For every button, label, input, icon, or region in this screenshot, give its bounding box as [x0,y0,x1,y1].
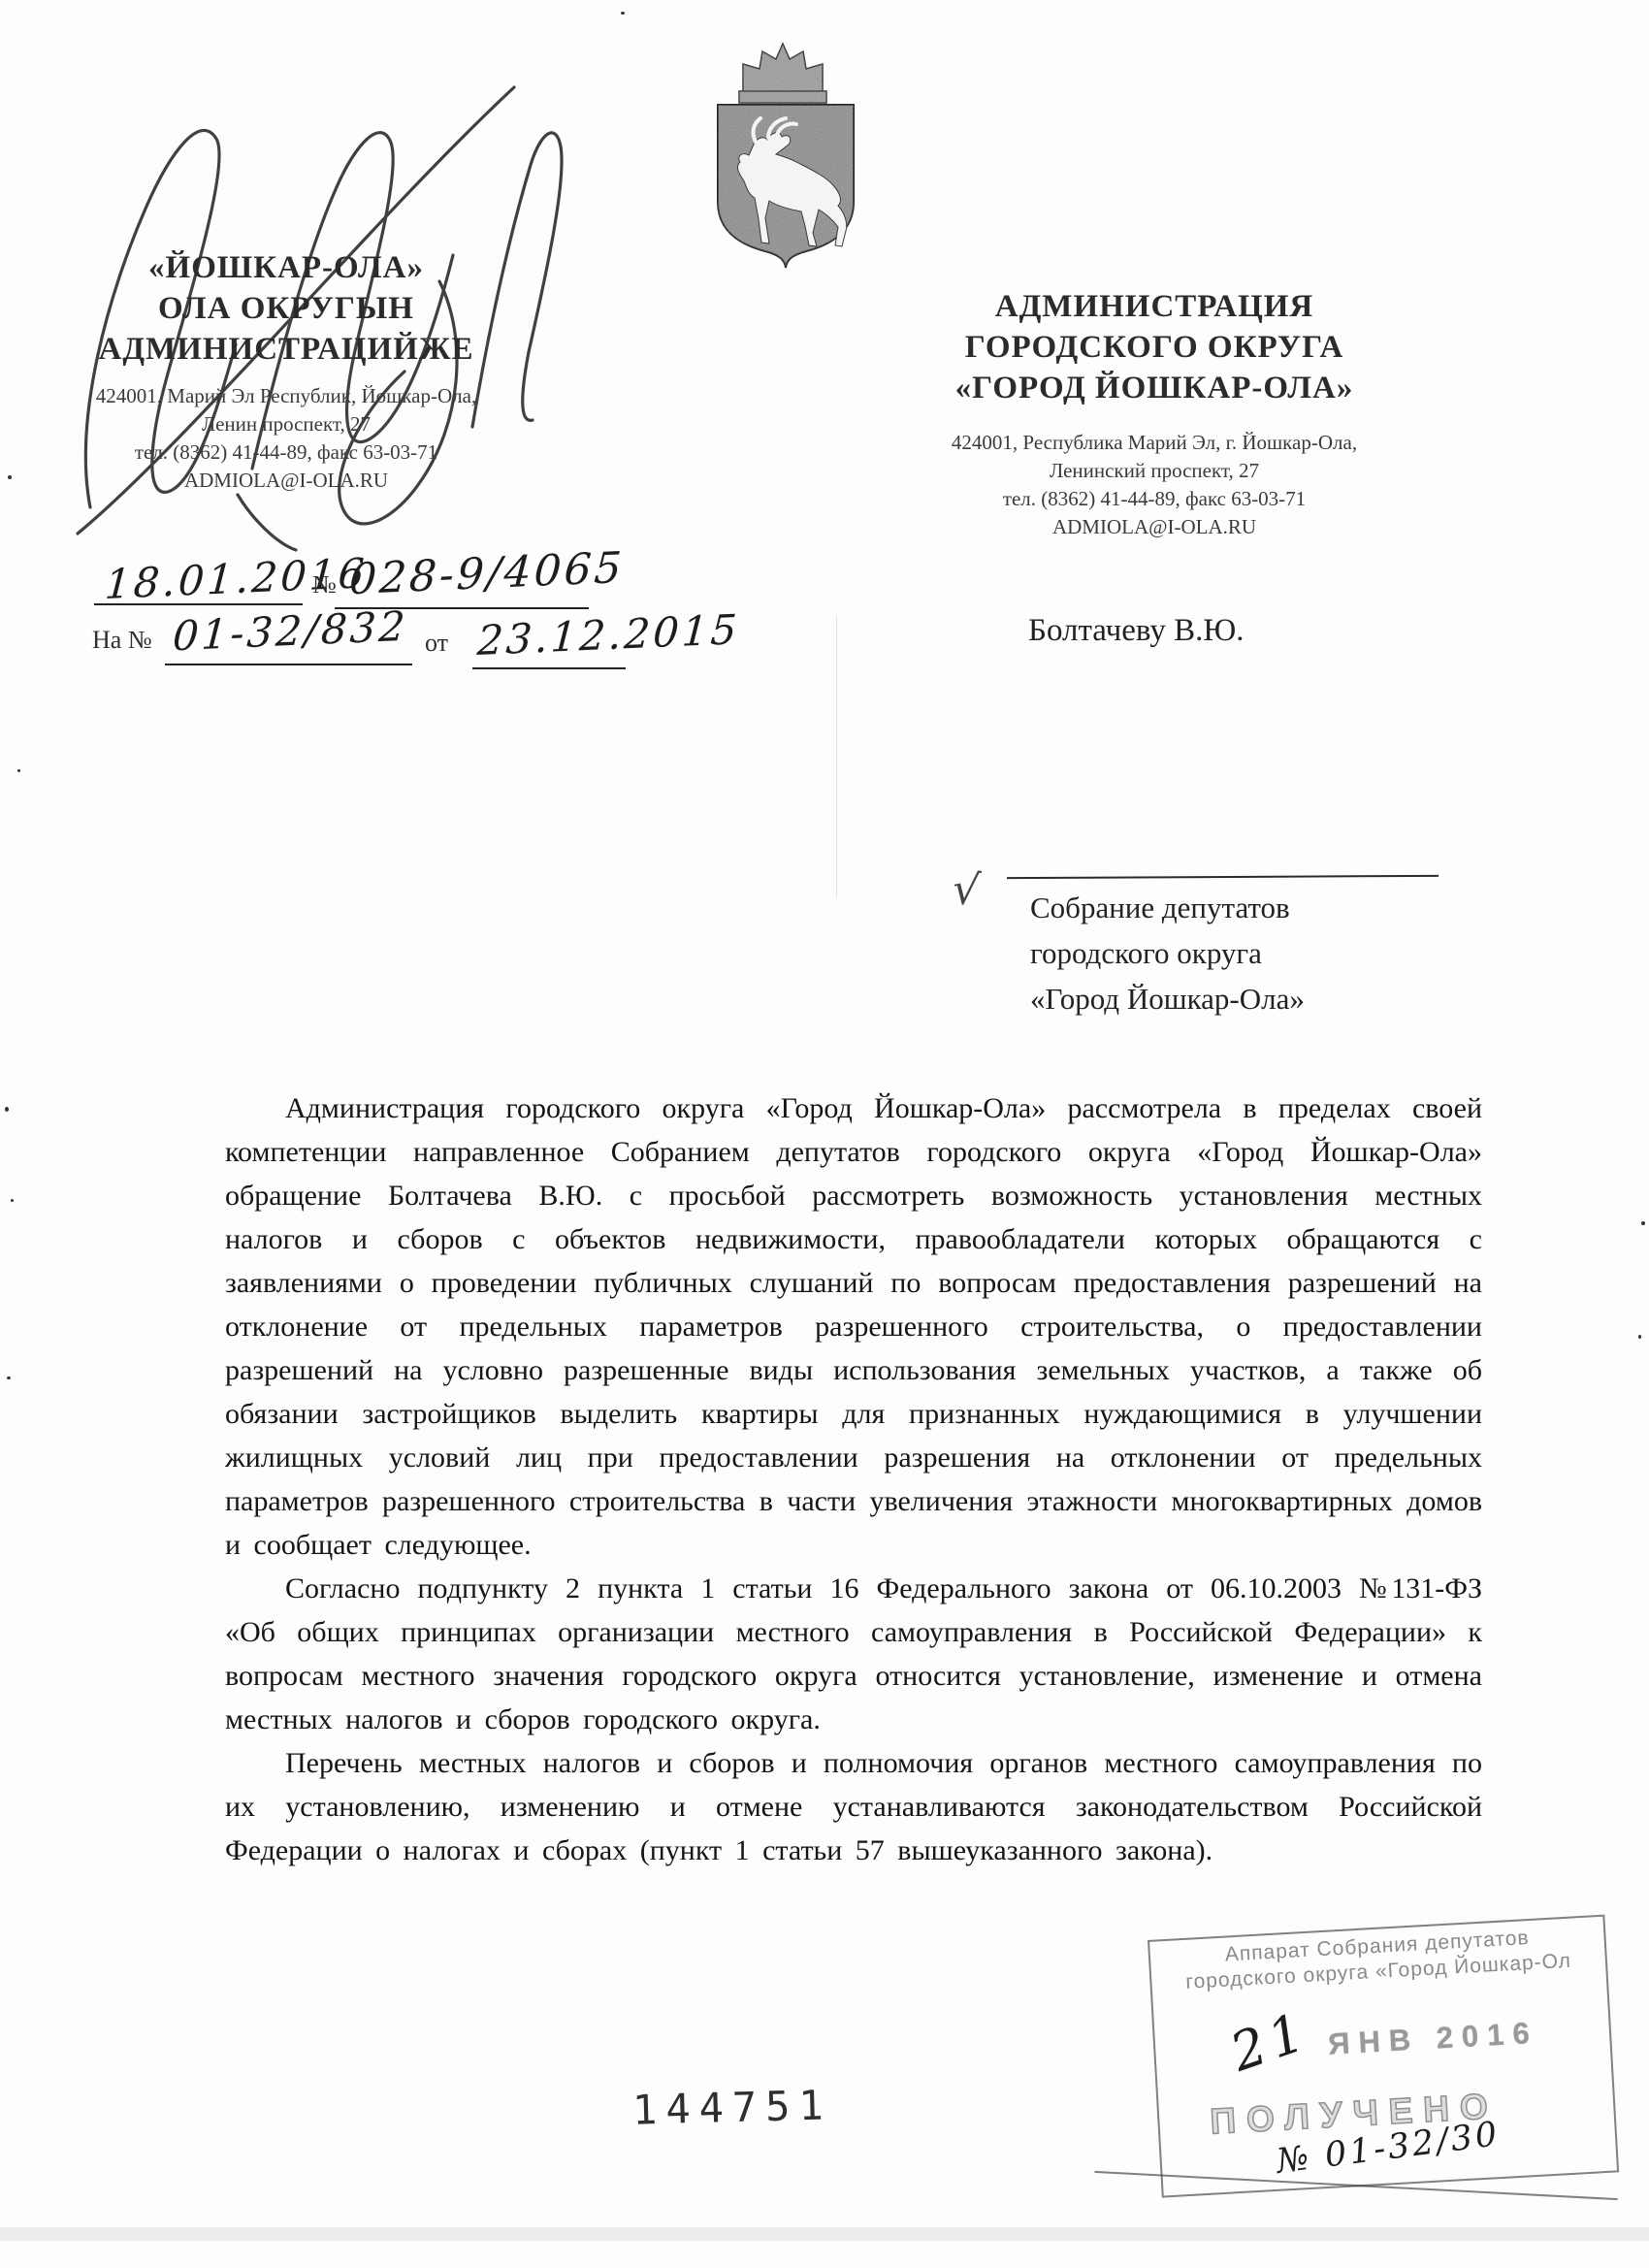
letterhead-left-address-line: 424001, Марий Эл Республик, Йошкар-Ола, [78,383,495,409]
scan-speck [621,12,625,15]
letterhead-right-title-line: «ГОРОД ЙОШКАР-ОЛА» [921,368,1387,408]
reply-number-label: На № [92,626,152,655]
reply-number-handwritten: 01-32/832 [172,602,409,661]
reply-date-label: от [425,629,448,658]
scan-speck [17,769,20,772]
scan-speck [11,1199,14,1202]
letterhead-right-address-line: 424001, Республика Марий Эл, г. Йошкар-О… [921,430,1387,456]
date-underline [94,603,303,605]
reply-date-handwritten: 23.12.2015 [476,605,741,664]
moose-shield-icon [679,39,888,281]
letterhead-left-title-line: «ЙОШКАР-ОЛА» [78,247,495,288]
number-sign-label: № [312,570,337,599]
scanned-letter-page: «ЙОШКАР-ОЛА» ОЛА ОКРУГЫН АДМИНИСТРАЦИЙЖЕ… [0,0,1649,2268]
reply-date-underline [472,667,626,669]
scan-speck [1638,1335,1641,1339]
letterhead-left-address-line: Ленин проспект, 27 [78,411,495,437]
body-paragraph: Перечень местных налогов и сборов и полн… [225,1741,1482,1872]
scan-edge-band [0,2227,1649,2241]
letterhead-right: АДМИНИСТРАЦИЯ ГОРОДСКОГО ОКРУГА «ГОРОД Й… [921,286,1387,540]
letter-body: Администрация городского округа «Город Й… [225,1086,1482,1872]
addressee-organization: Собрание депутатов городского округа «Го… [1030,885,1305,1021]
letterhead-right-address-line: тел. (8362) 41-44-89, факс 63-03-71 [921,486,1387,512]
scan-crease [836,616,837,897]
coat-of-arms-emblem [679,39,888,281]
scan-speck [5,1107,9,1112]
reply-number-underline [165,664,412,665]
scan-speck [7,1377,11,1379]
checkmark-ink: √ [950,864,982,917]
outgoing-number-handwritten: 028-9/4065 [348,543,627,605]
letterhead-left-address-line: ADMIOLA@I-OLA.RU [78,468,495,494]
letterhead-left-title-line: ОЛА ОКРУГЫН [78,288,495,329]
letterhead-right-address-line: ADMIOLA@I-OLA.RU [921,514,1387,540]
scan-speck [8,475,12,479]
received-stamp: Аппарат Собрания депутатов городского ок… [1148,1915,1619,2198]
organization-line: Собрание депутатов [1030,885,1305,930]
organization-overline [1007,875,1439,879]
stamp-month-year: ЯНВ 2016 [1327,2016,1538,2062]
organization-line: городского округа [1030,930,1305,976]
body-paragraph: Согласно подпункту 2 пункта 1 статьи 16 … [225,1567,1482,1741]
letterhead-right-title-line: АДМИНИСТРАЦИЯ [921,286,1387,327]
scan-speck [1641,1221,1645,1225]
letterhead-left-address-line: тел. (8362) 41-44-89, факс 63-03-71 [78,439,495,466]
body-paragraph: Администрация городского округа «Город Й… [225,1086,1482,1567]
addressee-person: Болтачеву В.Ю. [1028,613,1245,649]
organization-line: «Город Йошкар-Ола» [1030,976,1305,1021]
stamp-day-handwritten: 21 [1223,2000,1317,2084]
registration-serial-number: 144751 [631,2081,832,2133]
letterhead-left-title-line: АДМИНИСТРАЦИЙЖЕ [78,329,495,370]
letterhead-right-address-line: Ленинский проспект, 27 [921,458,1387,484]
letterhead-right-title-line: ГОРОДСКОГО ОКРУГА [921,327,1387,368]
letterhead-left: «ЙОШКАР-ОЛА» ОЛА ОКРУГЫН АДМИНИСТРАЦИЙЖЕ… [78,247,495,494]
